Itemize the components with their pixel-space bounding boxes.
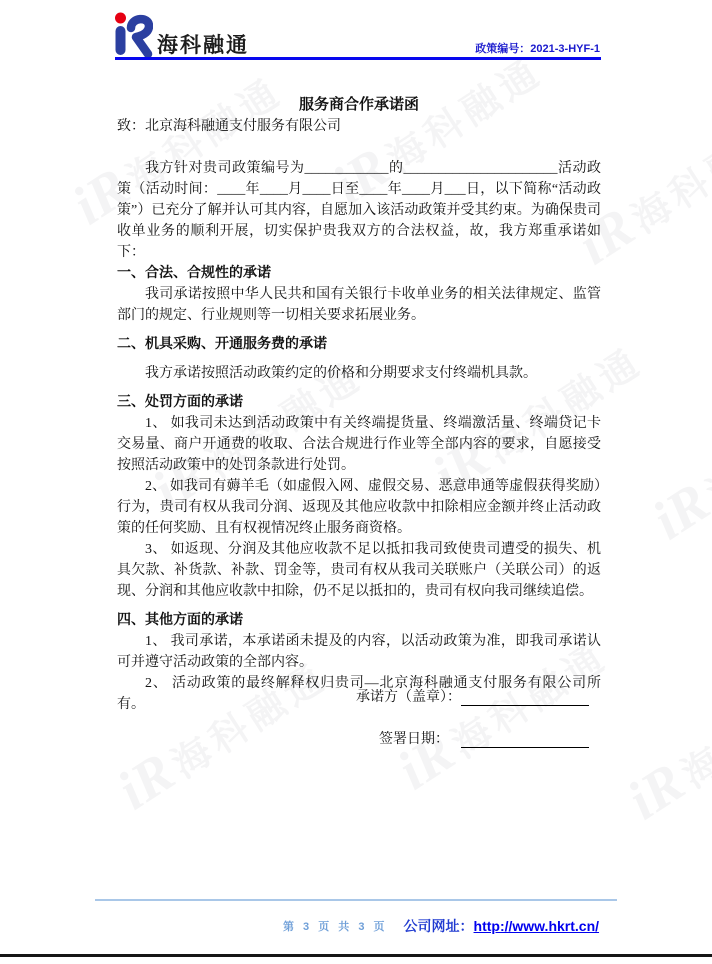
hkrt-logo-icon — [113, 11, 153, 62]
document-page: iR海科融通iR海科融通iR海科融通iR海科融通iR海科融通iR海科融通iR海科… — [0, 0, 712, 964]
website-link[interactable]: http://www.hkrt.cn/ — [474, 918, 599, 934]
watermark-logo-mark: iR — [617, 751, 695, 832]
header-rule — [115, 57, 601, 60]
signature-date-blank-line — [461, 730, 589, 748]
section-heading: 三、处罚方面的承诺 — [117, 392, 601, 413]
spacer — [117, 355, 601, 363]
paragraph: 3、 如返现、分润及其他应收款不足以抵扣我司致使贵司遭受的损失、机具欠款、补货款… — [117, 539, 601, 602]
policy-number-label: 政策编号： — [475, 43, 530, 55]
document-body: 服务商合作承诺函致：北京海科融通支付服务有限公司我方针对贵司政策编号为_____… — [117, 95, 601, 715]
paragraph: 我司承诺按照中华人民共和国有关银行卡收单业务的相关法律规定、监管部门的规定、行业… — [117, 284, 601, 326]
signature-date-row: 签署日期： — [117, 728, 589, 748]
watermark: iR海科融通 — [642, 371, 712, 553]
signature-party-row: 承诺方（盖章）： — [117, 686, 589, 706]
spacer — [117, 326, 601, 334]
section-heading: 二、机具采购、开通服务费的承诺 — [117, 334, 601, 355]
watermark-text: 海科融通 — [625, 110, 712, 241]
watermark-text: 海科融通 — [675, 665, 712, 796]
policy-number-value: 2021-3-HYF-1 — [530, 43, 600, 55]
doc-title: 服务商合作承诺函 — [117, 95, 601, 116]
recipient-line: 致：北京海科融通支付服务有限公司 — [117, 116, 601, 137]
policy-number-line: 政策编号：2021-3-HYF-1 — [475, 40, 600, 56]
company-logo: 海科融通 — [113, 11, 249, 62]
paragraph: 2、 如我司有薅羊毛（如虚假入网、虚假交易、恶意串通等虚假获得奖励）行为，贵司有… — [117, 476, 601, 539]
spacer — [117, 384, 601, 392]
footer-rule — [95, 899, 617, 901]
paragraph: 1、 我司承诺，本承诺函未提及的内容，以活动政策为准，即我司承诺认可并遵守活动政… — [117, 631, 601, 673]
spacer — [117, 137, 601, 158]
website-label: 公司网址： — [404, 916, 474, 936]
paragraph: 我方针对贵司政策编号为____________的________________… — [117, 158, 601, 263]
signature-party-label: 承诺方（盖章）： — [356, 686, 461, 706]
paragraph: 我方承诺按照活动政策约定的价格和分期要求支付终端机具款。 — [117, 363, 601, 384]
paragraph: 1、 如我司未达到活动政策中有关终端提货量、终端激活量、终端贷记卡交易量、商户开… — [117, 413, 601, 476]
section-heading: 四、其他方面的承诺 — [117, 610, 601, 631]
watermark-text: 海科融通 — [700, 385, 712, 516]
section-heading: 一、合法、合规性的承诺 — [117, 263, 601, 284]
signature-party-blank-line — [461, 688, 589, 706]
spacer — [117, 602, 601, 610]
watermark-logo-mark: iR — [107, 741, 185, 822]
watermark: iR海科融通 — [617, 651, 712, 833]
page-number-indicator: 第 3 页 共 3 页 — [283, 918, 388, 934]
signature-date-label: 签署日期： — [379, 728, 449, 748]
window-bottom-edge — [0, 954, 712, 957]
watermark-logo-mark: iR — [642, 471, 712, 552]
signature-block: 承诺方（盖章）： 签署日期： — [117, 686, 601, 748]
footer: 第 3 页 共 3 页 公司网址： http://www.hkrt.cn/ — [283, 916, 599, 936]
